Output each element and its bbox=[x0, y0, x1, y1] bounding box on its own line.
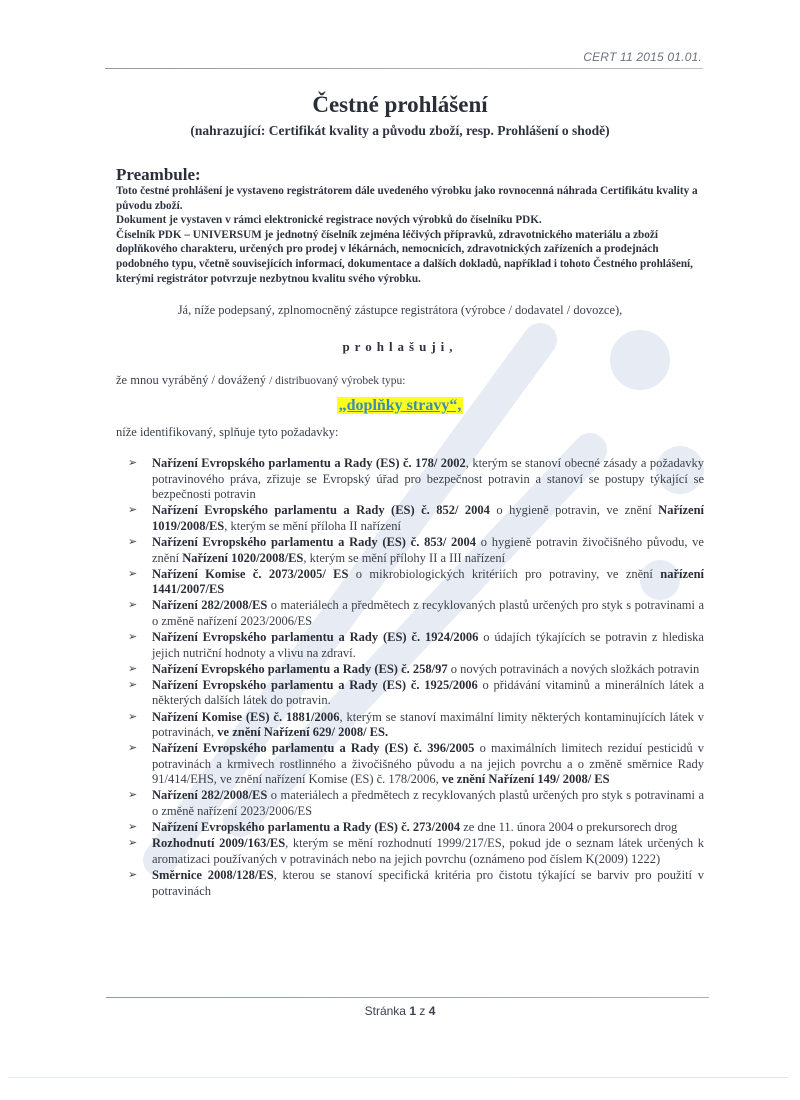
regulation-item: ➢Nařízení Evropského parlamentu a Rady (… bbox=[128, 503, 704, 534]
product-type-highlight: „doplňky stravy“, bbox=[337, 397, 464, 414]
regulation-item: ➢Nařízení Evropského parlamentu a Rady (… bbox=[128, 741, 704, 788]
arrowhead-bullet-icon: ➢ bbox=[128, 820, 137, 836]
arrowhead-bullet-icon: ➢ bbox=[128, 836, 137, 852]
regulation-item: ➢Nařízení Evropského parlamentu a Rady (… bbox=[128, 630, 704, 661]
arrowhead-bullet-icon: ➢ bbox=[128, 456, 137, 472]
arrowhead-bullet-icon: ➢ bbox=[128, 662, 137, 678]
regulation-title: Směrnice 2008/128/ES bbox=[152, 868, 274, 882]
regulation-item: ➢Nařízení Komise (ES) č. 1881/2006, kter… bbox=[128, 710, 704, 741]
regulation-description: o mikrobiologických kritériích pro potra… bbox=[348, 567, 660, 581]
regulation-title: Nařízení Evropského parlamentu a Rady (E… bbox=[152, 456, 466, 470]
page-separator: z bbox=[419, 1004, 425, 1018]
arrowhead-bullet-icon: ➢ bbox=[128, 598, 137, 614]
regulation-title: Nařízení 282/2008/ES bbox=[152, 788, 267, 802]
requirements-intro: níže identifikovaný, splňuje tyto požada… bbox=[116, 425, 339, 440]
arrowhead-bullet-icon: ➢ bbox=[128, 741, 137, 757]
regulation-item: ➢Nařízení 282/2008/ES o materiálech a př… bbox=[128, 598, 704, 629]
arrowhead-bullet-icon: ➢ bbox=[128, 630, 137, 646]
regulation-title: Nařízení Komise (ES) č. 1881/2006 bbox=[152, 710, 339, 724]
page-label: Stránka bbox=[365, 1004, 406, 1018]
arrowhead-bullet-icon: ➢ bbox=[128, 868, 137, 884]
regulation-title: Nařízení Komise č. 2073/2005/ ES bbox=[152, 567, 348, 581]
regulation-amendment: ve znění Nařízení 629/ 2008/ ES. bbox=[217, 725, 388, 739]
regulation-item: ➢Nařízení Komise č. 2073/2005/ ES o mikr… bbox=[128, 567, 704, 598]
regulation-item: ➢Směrnice 2008/128/ES, kterou se stanoví… bbox=[128, 868, 704, 899]
regulation-title: Rozhodnutí 2009/163/ES bbox=[152, 836, 285, 850]
regulation-item: ➢Nařízení 282/2008/ES o materiálech a př… bbox=[128, 788, 704, 819]
regulation-description-tail: , kterým se mění přílohy II a III naříze… bbox=[303, 551, 505, 565]
preamble-text: Toto čestné prohlášení je vystaveno regi… bbox=[116, 184, 711, 286]
regulation-title: Nařízení Evropského parlamentu a Rady (E… bbox=[152, 820, 460, 834]
regulation-title: Nařízení Evropského parlamentu a Rady (E… bbox=[152, 535, 476, 549]
product-type-container: „doplňky stravy“, bbox=[0, 397, 800, 415]
regulation-amendment: ve znění Nařízení 149/ 2008/ ES bbox=[442, 772, 610, 786]
declaration-word: prohlašuji, bbox=[0, 339, 800, 355]
regulation-description-tail: , kterým se mění příloha II nařízení bbox=[224, 519, 401, 533]
regulation-title: Nařízení Evropského parlamentu a Rady (E… bbox=[152, 678, 478, 692]
preamble-paragraph: Číselník PDK – UNIVERSUM je jednotný čís… bbox=[116, 228, 711, 286]
regulation-title: Nařízení 282/2008/ES bbox=[152, 598, 267, 612]
arrowhead-bullet-icon: ➢ bbox=[128, 710, 137, 726]
regulation-item: ➢Nařízení Evropského parlamentu a Rady (… bbox=[128, 678, 704, 709]
regulation-amendment: Nařízení 1020/2008/ES bbox=[182, 551, 303, 565]
page-number: Stránka 1 z 4 bbox=[0, 1004, 800, 1018]
regulation-title: Nařízení Evropského parlamentu a Rady (E… bbox=[152, 630, 478, 644]
regulation-item: ➢Nařízení Evropského parlamentu a Rady (… bbox=[128, 662, 704, 678]
regulation-item: ➢Nařízení Evropského parlamentu a Rady (… bbox=[128, 456, 704, 503]
arrowhead-bullet-icon: ➢ bbox=[128, 788, 137, 804]
declarant-intro: Já, níže podepsaný, zplnomocněný zástupc… bbox=[0, 303, 800, 318]
page-total: 4 bbox=[429, 1004, 436, 1018]
regulation-item: ➢Rozhodnutí 2009/163/ES, kterým se mění … bbox=[128, 836, 704, 867]
regulation-title: Nařízení Evropského parlamentu a Rady (E… bbox=[152, 741, 474, 755]
regulation-description: o hygieně potravin, ve znění bbox=[490, 503, 658, 517]
scan-artifact-line bbox=[8, 1077, 518, 1078]
document-subtitle: (nahrazující: Certifikát kvality a původ… bbox=[0, 123, 800, 139]
preamble-paragraph: Toto čestné prohlášení je vystaveno regi… bbox=[116, 184, 711, 213]
arrowhead-bullet-icon: ➢ bbox=[128, 535, 137, 551]
regulation-item: ➢Nařízení Evropského parlamentu a Rady (… bbox=[128, 535, 704, 566]
arrowhead-bullet-icon: ➢ bbox=[128, 678, 137, 694]
regulation-title: Nařízení Evropského parlamentu a Rady (E… bbox=[152, 503, 490, 517]
scan-artifact-line bbox=[518, 1077, 788, 1078]
regulation-item: ➢Nařízení Evropského parlamentu a Rady (… bbox=[128, 820, 704, 836]
preamble-paragraph: Dokument je vystaven v rámci elektronick… bbox=[116, 213, 711, 228]
regulation-description: ze dne 11. února 2004 o prekursorech dro… bbox=[460, 820, 677, 834]
regulation-description: o nových potravinách a nových složkách p… bbox=[448, 662, 700, 676]
document-title: Čestné prohlášení bbox=[0, 92, 800, 118]
arrowhead-bullet-icon: ➢ bbox=[128, 503, 137, 519]
footer-divider bbox=[106, 997, 709, 998]
regulation-title: Nařízení Evropského parlamentu a Rady (E… bbox=[152, 662, 448, 676]
product-line-part2: / distribuovaný výrobek typu: bbox=[269, 375, 405, 387]
product-line: že mnou vyráběný / dovážený / distribuov… bbox=[116, 373, 405, 388]
header-divider bbox=[105, 68, 703, 69]
product-line-part1: že mnou vyráběný / dovážený bbox=[116, 373, 269, 387]
arrowhead-bullet-icon: ➢ bbox=[128, 567, 137, 583]
page-current: 1 bbox=[409, 1004, 416, 1018]
preamble-heading: Preambule: bbox=[116, 165, 201, 185]
regulations-list: ➢Nařízení Evropského parlamentu a Rady (… bbox=[128, 456, 704, 900]
document-reference: CERT 11 2015 01.01. bbox=[583, 50, 702, 64]
